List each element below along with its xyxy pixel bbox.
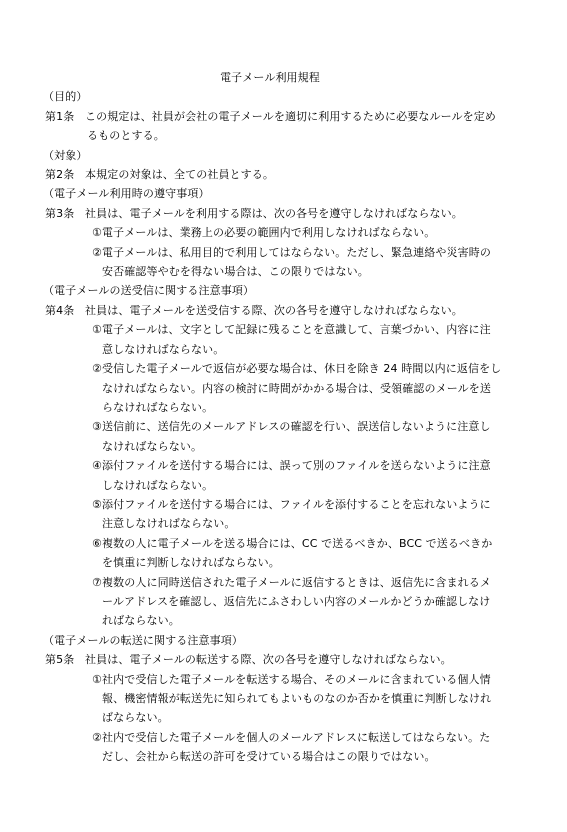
article-3-item-1: ①電子メールは、業務上の必要の範囲内で利用しなければならない。	[92, 223, 567, 242]
article-4-item-7-continuation-2: ればならない。	[102, 611, 567, 630]
article-4-text: 社員は、電子メールを送受信する際、次の各号を遵守しなければならない。	[85, 304, 463, 317]
article-5: 第5条社員は、電子メールの転送する際、次の各号を遵守しなければならない。	[45, 650, 567, 669]
section-heading-purpose: （目的）	[43, 87, 567, 106]
article-4-item-3: ③送信前に、送信先のメールアドレスの確認を行い、誤送信しないように注意し	[92, 417, 567, 436]
article-2: 第2条本規定の対象は、全ての社員とする。	[45, 165, 567, 184]
article-1-number: 第1条	[45, 107, 85, 126]
article-4-item-1: ①電子メールは、文字として記録に残ることを意識して、言葉づかい、内容に注	[92, 320, 567, 339]
article-4-item-2-continuation-1: なければならない。内容の検討に時間がかかる場合は、受領確認のメールを送	[102, 379, 567, 398]
article-1: 第1条この規定は、社員が会社の電子メールを適切に利用するために必要なルールを定め	[45, 107, 567, 126]
section-heading-forwarding: （電子メールの転送に関する注意事項）	[43, 631, 567, 650]
article-4-item-4: ④添付ファイルを送付する場合には、誤って別のファイルを送らないように注意	[92, 456, 567, 475]
section-heading-scope: （対象）	[43, 146, 567, 165]
article-1-text: この規定は、社員が会社の電子メールを適切に利用するために必要なルールを定め	[85, 110, 496, 123]
article-1-continuation: るものとする。	[87, 126, 567, 145]
document-page: 電子メール利用規程 （目的） 第1条この規定は、社員が会社の電子メールを適切に利…	[0, 0, 567, 832]
article-4-item-7-continuation-1: ールアドレスを確認し、返信先にふさわしい内容のメールかどうか確認しなけ	[102, 592, 567, 611]
article-5-number: 第5条	[45, 650, 85, 669]
article-5-item-1: ①社内で受信した電子メールを転送する場合、そのメールに含まれている個人情	[92, 670, 567, 689]
article-4-item-5-continuation: 注意しなければならない。	[102, 514, 567, 533]
article-5-text: 社員は、電子メールの転送する際、次の各号を遵守しなければならない。	[85, 653, 452, 666]
article-4-item-2: ②受信した電子メールで返信が必要な場合は、休日を除き 24 時間以内に返信をし	[92, 359, 567, 378]
article-2-number: 第2条	[45, 165, 85, 184]
article-3-item-2-continuation: 安否確認等やむを得ない場合は、この限りではない。	[102, 262, 567, 281]
article-4-item-3-continuation: なければならない。	[102, 437, 567, 456]
article-3-number: 第3条	[45, 204, 85, 223]
article-4-item-2-continuation-2: らなければならない。	[102, 398, 567, 417]
article-4-number: 第4条	[45, 301, 85, 320]
article-5-item-1-continuation-2: ばならない。	[102, 708, 567, 727]
article-5-item-2: ②社内で受信した電子メールを個人のメールアドレスに転送してはならない。た	[92, 728, 567, 747]
article-4-item-1-continuation: 意しなければならない。	[102, 340, 567, 359]
article-3-text: 社員は、電子メールを利用する際は、次の各号を遵守しなければならない。	[85, 207, 463, 220]
article-3: 第3条社員は、電子メールを利用する際は、次の各号を遵守しなければならない。	[45, 204, 567, 223]
article-4-item-5: ⑤添付ファイルを送付する場合には、ファイルを添付することを忘れないように	[92, 495, 567, 514]
article-4: 第4条社員は、電子メールを送受信する際、次の各号を遵守しなければならない。	[45, 301, 567, 320]
article-4-item-7: ⑦複数の人に同時送信された電子メールに返信するときは、返信先に含まれるメ	[92, 573, 567, 592]
section-heading-usage-rules: （電子メール利用時の遵守事項）	[43, 184, 567, 203]
article-2-text: 本規定の対象は、全ての社員とする。	[85, 168, 274, 181]
article-5-item-1-continuation-1: 報、機密情報が転送先に知られてもよいものなのか否かを慎重に判断しなけれ	[102, 689, 567, 708]
section-heading-send-receive: （電子メールの送受信に関する注意事項）	[43, 281, 567, 300]
article-4-item-6-continuation: を慎重に判断しなければならない。	[102, 553, 567, 572]
article-5-item-2-continuation: だし、会社から転送の許可を受けている場合はこの限りではない。	[102, 747, 567, 766]
article-4-item-6: ⑥複数の人に電子メールを送る場合には、CC で送るべきか、BCC で送るべきか	[92, 534, 567, 553]
article-4-item-4-continuation: しなければならない。	[102, 476, 567, 495]
document-title: 電子メール利用規程	[45, 68, 495, 87]
article-3-item-2: ②電子メールは、私用目的で利用してはならない。ただし、緊急連絡や災害時の	[92, 243, 567, 262]
